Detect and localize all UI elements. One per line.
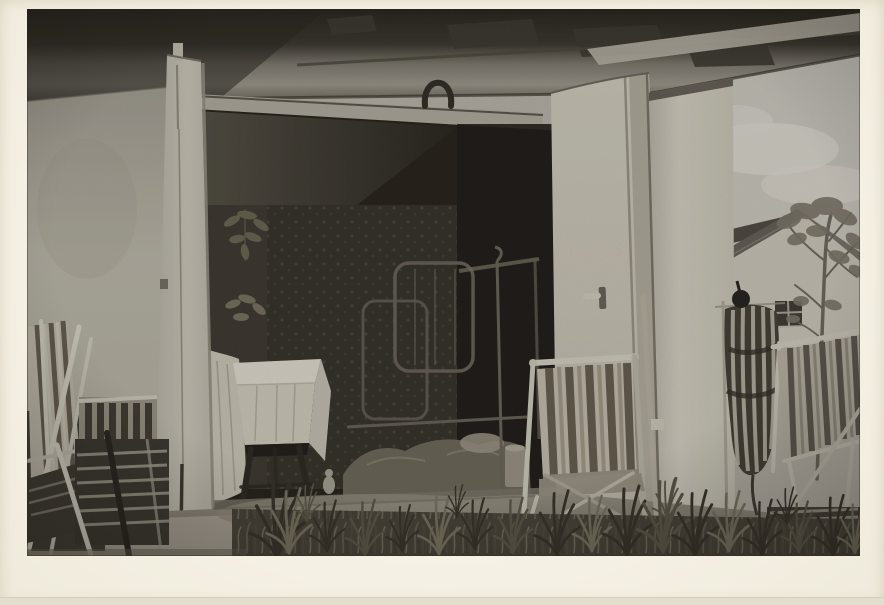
vignette (27, 9, 860, 556)
postcard (0, 0, 884, 605)
postcard-bottom-edge (0, 597, 884, 605)
photograph (27, 9, 860, 556)
